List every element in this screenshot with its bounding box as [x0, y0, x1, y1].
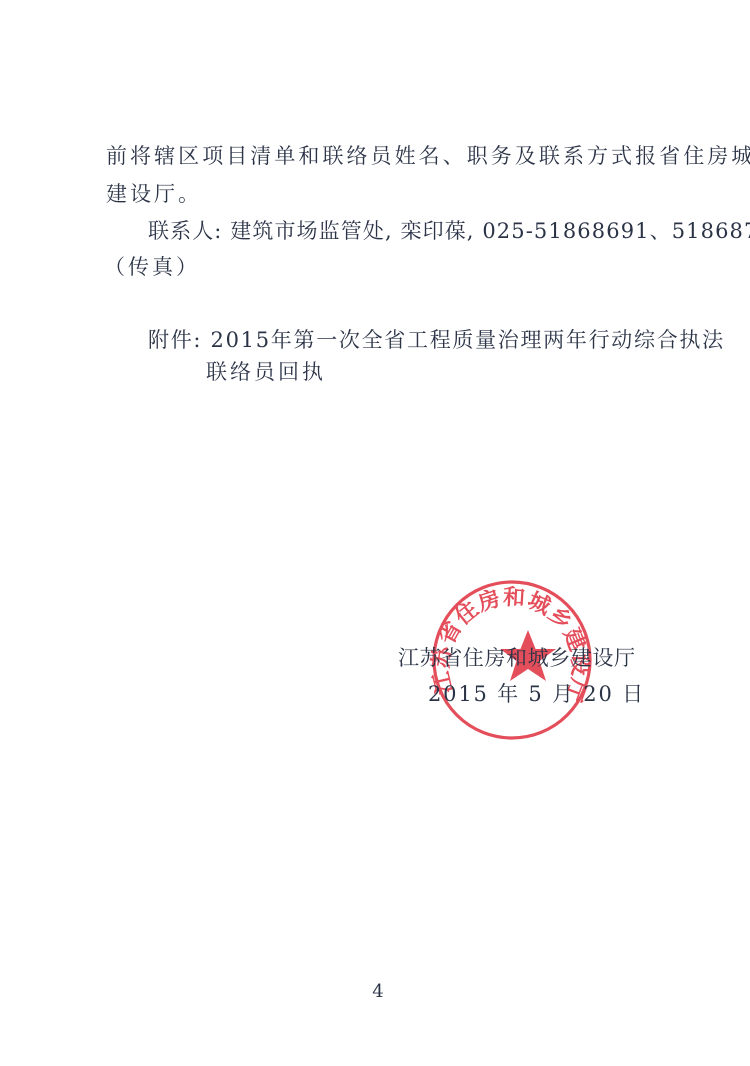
signature-date: 2015 年 5 月 20 日	[428, 681, 645, 707]
page-number: 4	[368, 980, 388, 1004]
body-line-1: 前将辖区项目清单和联络员姓名、职务及联系方式报省住房城乡	[106, 143, 750, 169]
attachment-line-1: 附件: 2015年第一次全省工程质量治理两年行动综合执法	[148, 327, 725, 353]
attachment-line-2: 联络员回执	[206, 359, 326, 385]
document-page: 前将辖区项目清单和联络员姓名、职务及联系方式报省住房城乡 建设厅。 联系人: 建…	[0, 0, 750, 1066]
signature-organization: 江苏省住房和城乡建设厅	[398, 645, 636, 671]
fax-note: （传真）	[104, 254, 200, 280]
contact-line: 联系人: 建筑市场监管处, 栾印葆, 025-51868691、51868740	[148, 218, 750, 244]
body-line-2: 建设厅。	[106, 181, 202, 207]
